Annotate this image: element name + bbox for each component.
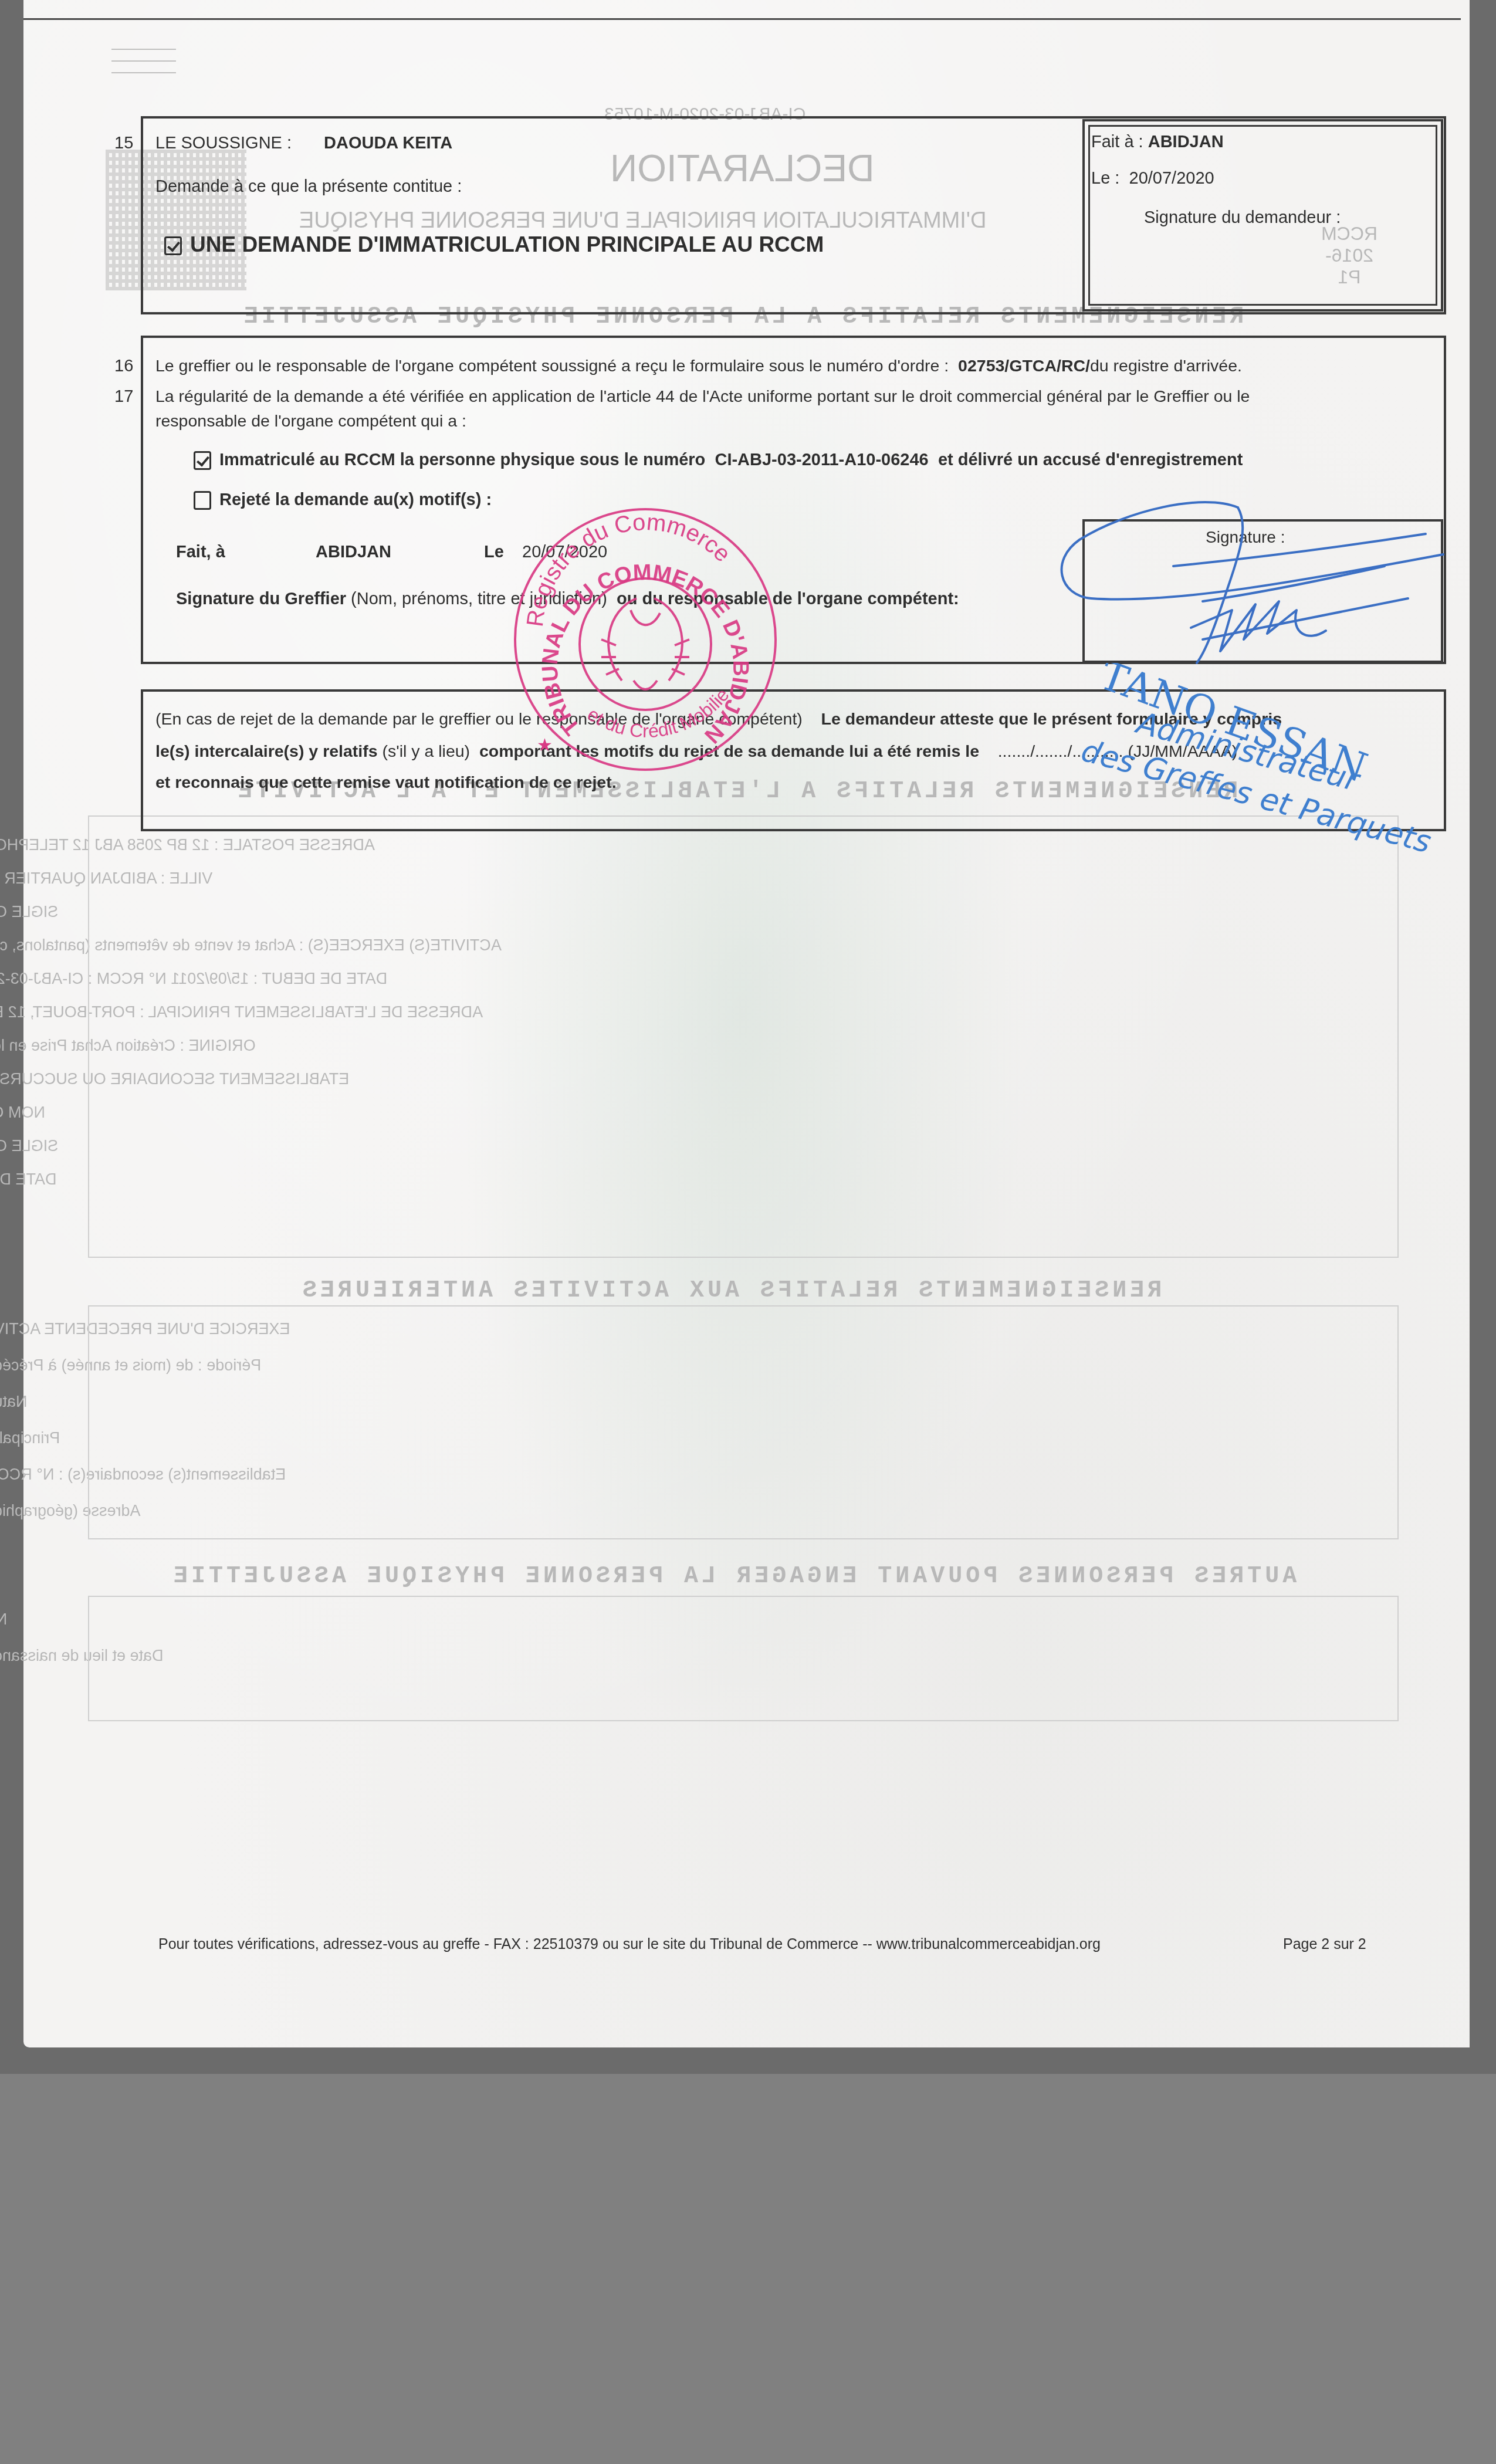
line-17a: La régularité de la demande a été vérifi… xyxy=(155,387,1250,407)
fait-a-greffe-value: ABIDJAN xyxy=(316,543,391,562)
bleed-box-3 xyxy=(88,1305,1399,1539)
section-number-16: 16 xyxy=(114,357,133,376)
request-checkbox[interactable] xyxy=(164,236,182,255)
bleed-line: SIGLE OU ENSEIGNE : xyxy=(0,903,59,921)
bleed-line: Nature de l'activité : xyxy=(0,1393,27,1411)
page-number: Page 2 sur 2 xyxy=(1283,1936,1366,1953)
line-16: Le greffier ou le responsable de l'organ… xyxy=(155,357,1242,376)
bleed-line: DATE D'OUVERTURE : xyxy=(0,1170,56,1189)
bleed-box-4 xyxy=(88,1596,1399,1721)
le-value: 20/07/2020 xyxy=(1129,169,1214,188)
footer-verification: Pour toutes vérifications, adressez-vous… xyxy=(158,1936,1101,1953)
rejection-line-3: et reconnais que cette remise vaut notif… xyxy=(155,773,617,793)
document-page: CI-ABJ-03-2020-M-10753 DECLARATION D'IMM… xyxy=(23,0,1470,2047)
rejected-checkbox[interactable] xyxy=(194,491,211,510)
tribunal-stamp: Registre du Commerce et du Crédit Mobili… xyxy=(510,505,780,774)
bleed-box-2 xyxy=(88,815,1399,1258)
pen-marks xyxy=(111,44,176,73)
signature-demandeur-label: Signature du demandeur : xyxy=(1144,208,1341,228)
fait-a-value: ABIDJAN xyxy=(1148,133,1224,151)
request-option[interactable]: UNE DEMANDE D'IMMATRICULATION PRINCIPALE… xyxy=(164,232,824,257)
request-label: UNE DEMANDE D'IMMATRICULATION PRINCIPALE… xyxy=(190,232,824,256)
option-rejected[interactable]: Rejeté la demande au(x) motif(s) : xyxy=(194,490,492,510)
soussigne-label: LE SOUSSIGNE : xyxy=(155,134,292,153)
demande-label: Demande à ce que la présente contitue : xyxy=(155,177,462,197)
registered-checkbox[interactable] xyxy=(194,451,211,470)
section-number-15: 15 xyxy=(114,134,133,153)
order-number: 02753/GTCA/RC/ xyxy=(958,357,1090,375)
bleed-line: NOM COMMERCIAL : xyxy=(0,1104,46,1122)
le-label: Le : 20/07/2020 xyxy=(1091,169,1214,188)
svg-text:★: ★ xyxy=(537,736,553,755)
svg-text:TRIBUNAL DU COMMERCE D'ABIDJAN: TRIBUNAL DU COMMERCE D'ABIDJAN xyxy=(538,560,753,748)
line-17b: responsable de l'organe compétent qui a … xyxy=(155,412,466,431)
bleed-line: SIGLE OU ENSEIGNE : xyxy=(0,1137,59,1155)
section-number-17: 17 xyxy=(114,387,133,407)
fait-a-greffe-label: Fait, à xyxy=(176,543,225,562)
bleed-heading-4: AUTRES PERSONNES POUVANT ENGAGER LA PERS… xyxy=(170,1563,1297,1590)
bleed-heading-3: RENSEIGNEMENTS RELATIFS AUX ACTIVITES AN… xyxy=(299,1278,1162,1304)
signature-box-label: Signature : xyxy=(1206,528,1285,547)
rccm-number: CI-ABJ-03-2011-A10-06246 xyxy=(715,451,928,469)
rejection-date-field: ......./......./........... xyxy=(998,742,1123,761)
fait-a-label: Fait à : ABIDJAN xyxy=(1091,133,1224,152)
le-greffe-label: Le xyxy=(484,543,504,562)
bleed-line: Nom : Prénoms : xyxy=(0,1610,8,1629)
soussigne-name: DAOUDA KEITA xyxy=(324,134,452,153)
bleed-line: Principal établissement : xyxy=(0,1429,60,1447)
top-rule xyxy=(23,18,1461,20)
option-registered[interactable]: Immatriculé au RCCM la personne physique… xyxy=(194,451,1243,470)
